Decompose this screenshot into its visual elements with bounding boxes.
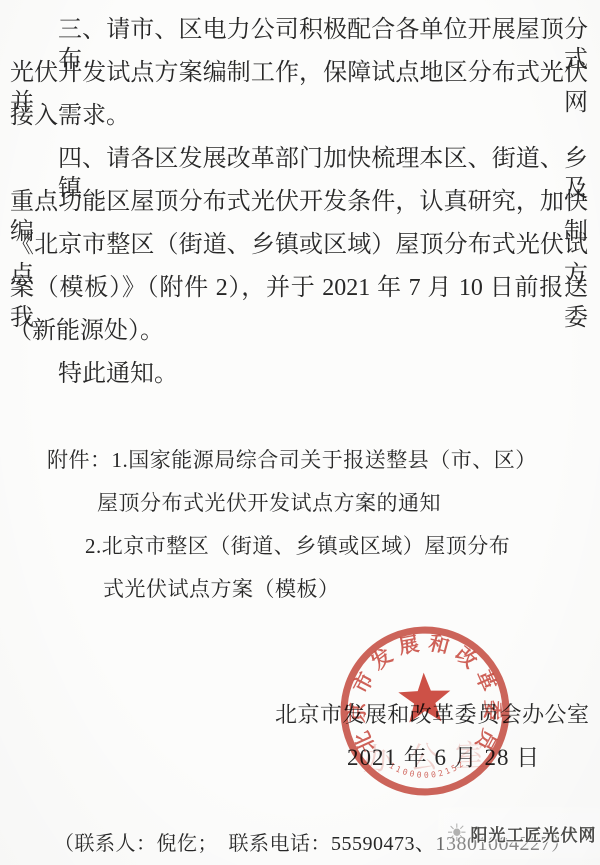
- seal-star-icon: [398, 672, 452, 723]
- body-line: 特此通知。: [58, 359, 600, 389]
- body-line: （新能源处）。: [8, 316, 586, 346]
- attachment-line: 附件：1.国家能源局综合司关于报送整县（市、区）: [47, 447, 537, 474]
- attachment-line: 式光伏试点方案（模板）: [103, 576, 340, 603]
- attachment-line: 2.北京市整区（街道、乡镇或区域）屋顶分布: [85, 533, 510, 560]
- attachment-line: 屋顶分布式光伏开发试点方案的通知: [97, 490, 441, 517]
- watermark-text: 阳光工匠光伏网: [471, 821, 597, 846]
- watermark: ☀ 阳光工匠光伏网: [444, 813, 599, 853]
- official-seal: 北京市发展和改革委员会 办公室 110000021526: [335, 621, 515, 801]
- document-page: 三、请市、区电力公司积极配合各单位开展屋顶分布式 光伏开发试点方案编制工作，保障…: [0, 0, 600, 865]
- body-line: 接入需求。: [10, 101, 588, 131]
- sun-icon: ☀: [446, 821, 468, 845]
